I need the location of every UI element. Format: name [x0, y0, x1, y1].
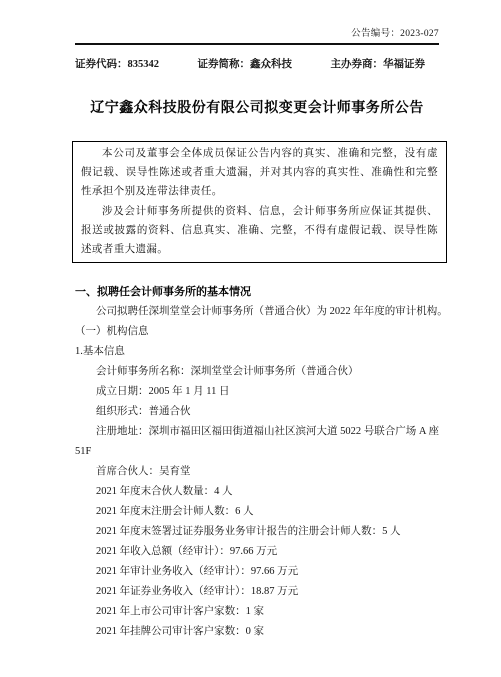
- securities-info-row: 证券代码：835342 证券简称：鑫众科技 主办券商：华福证券: [75, 56, 439, 71]
- stock-abbreviation: 证券简称：鑫众科技: [198, 56, 293, 71]
- section-1-heading: 一、拟聘任会计师事务所的基本情况: [75, 282, 439, 302]
- section-1: 一、拟聘任会计师事务所的基本情况 公司拟聘任深圳堂堂会计师事务所（普通合伙）为 …: [75, 282, 439, 642]
- document-title: 辽宁鑫众科技股份有限公司拟变更会计师事务所公告: [75, 97, 439, 117]
- disclaimer-paragraph-1: 本公司及董事会全体成员保证公告内容的真实、准确和完整，没有虚假记载、误导性陈述或…: [81, 144, 438, 202]
- detail-total-revenue: 2021 年收入总额（经审计）：97.66 万元: [75, 542, 439, 562]
- subsection-heading: （一）机构信息: [75, 322, 439, 342]
- detail-neeq-clients: 2021 年挂牌公司审计客户家数：0 家: [75, 622, 439, 642]
- sponsor-broker: 主办券商：华福证券: [331, 56, 426, 71]
- document-content: 公告编号：2023-027 证券代码：835342 证券简称：鑫众科技 主办券商…: [75, 0, 439, 642]
- detail-securities-revenue: 2021 年证券业务收入（经审计）：18.87 万元: [75, 582, 439, 602]
- detail-cpa-count: 2021 年度末注册会计师人数：6 人: [75, 502, 439, 522]
- detail-securities-cpa-count: 2021 年度末签署过证券服务业务审计报告的注册会计师人数：5 人: [75, 522, 439, 542]
- detail-partner-count: 2021 年度末合伙人数量：4 人: [75, 482, 439, 502]
- detail-registered-address: 注册地址：深圳市福田区福田街道福山社区滨河大道 5022 号联合广场 A 座: [75, 422, 439, 442]
- basic-info-heading: 1.基本信息: [75, 342, 439, 362]
- detail-founding-date: 成立日期：2005 年 1 月 11 日: [75, 382, 439, 402]
- section-1-intro: 公司拟聘任深圳堂堂会计师事务所（普通合伙）为 2022 年年度的审计机构。: [75, 302, 439, 322]
- disclaimer-box: 本公司及董事会全体成员保证公告内容的真实、准确和完整，没有虚假记载、误导性陈述或…: [72, 141, 447, 263]
- announcement-document-page: 公告编号：2023-027 证券代码：835342 证券简称：鑫众科技 主办券商…: [0, 0, 501, 677]
- disclaimer-paragraph-2: 涉及会计师事务所提供的资料、信息，会计师事务所应保证其提供、报送或披露的资料、信…: [81, 202, 438, 260]
- header-divider: [75, 43, 439, 45]
- detail-audit-revenue: 2021 年审计业务收入（经审计）：97.66 万元: [75, 562, 439, 582]
- stock-code: 证券代码：835342: [75, 56, 159, 71]
- announcement-number: 公告编号：2023-027: [75, 0, 439, 39]
- detail-organization-form: 组织形式：普通合伙: [75, 402, 439, 422]
- detail-firm-name: 会计师事务所名称：深圳堂堂会计师事务所（普通合伙）: [75, 362, 439, 382]
- detail-listed-clients: 2021 年上市公司审计客户家数：1 家: [75, 602, 439, 622]
- detail-registered-address-overflow: 51F: [75, 442, 439, 462]
- detail-chief-partner: 首席合伙人：吴育堂: [75, 462, 439, 482]
